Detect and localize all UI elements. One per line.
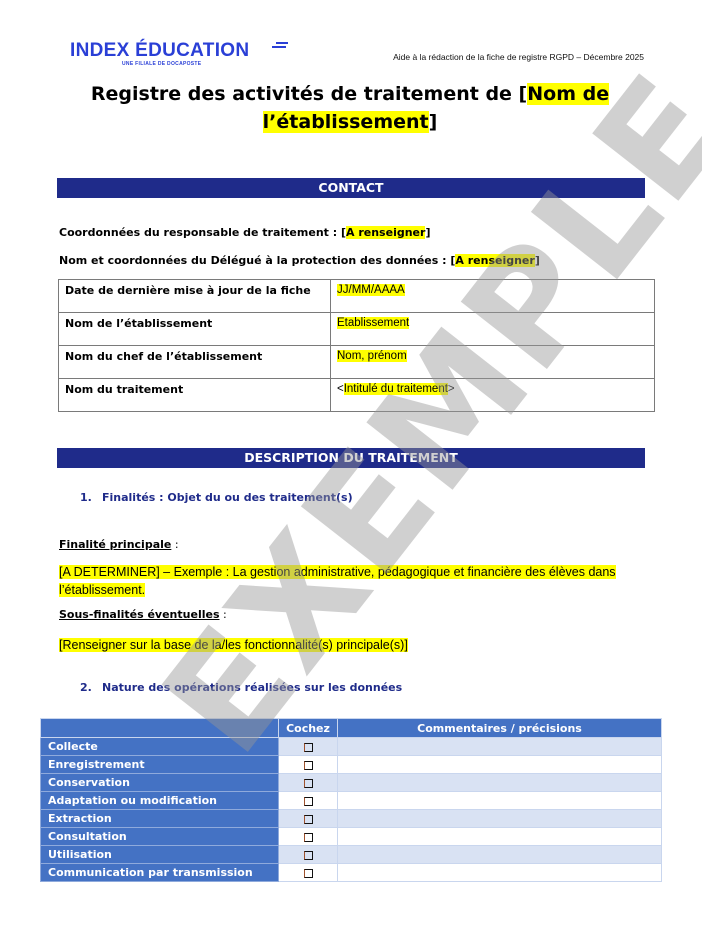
info-row: Nom du traitement<Intitulé du traitement… <box>59 379 655 412</box>
operation-comment[interactable] <box>338 756 662 774</box>
logo-tagline: UNE FILIALE DE DOCAPOSTE <box>122 61 249 67</box>
title-placeholder-1: Nom de <box>527 83 609 105</box>
operation-row: Utilisation <box>41 846 662 864</box>
finalite-principale-label: Finalité principale : <box>59 538 179 551</box>
operation-checkbox-cell[interactable] <box>279 864 338 882</box>
contact-responsable-value: A renseigner <box>346 226 425 239</box>
operation-checkbox-cell[interactable] <box>279 792 338 810</box>
checkbox[interactable] <box>304 815 313 824</box>
subheading-finalites: 1.Finalités : Objet du ou des traitement… <box>80 491 353 504</box>
bracket: ] <box>535 254 540 267</box>
logo-name: INDEX ÉDUCATION <box>70 41 249 61</box>
operation-comment[interactable] <box>338 846 662 864</box>
finalite-text: [A DETERMINER] – Exemple : La gestion ad… <box>59 565 616 597</box>
info-key: Date de dernière mise à jour de la fiche <box>59 280 331 313</box>
contact-responsable-label: Coordonnées du responsable de traitement… <box>59 226 346 239</box>
operation-checkbox-cell[interactable] <box>279 738 338 756</box>
page-title: Registre des activités de traitement de … <box>90 80 610 136</box>
value-placeholder: Nom, prénom <box>337 350 407 362</box>
value-prefix: < <box>337 383 344 395</box>
checkbox[interactable] <box>304 851 313 860</box>
ops-header-cochez: Cochez <box>279 719 338 738</box>
operations-table: Cochez Commentaires / précisions Collect… <box>40 718 662 882</box>
subheading-label: Finalités : Objet du ou des traitement(s… <box>102 491 353 504</box>
operation-row: Conservation <box>41 774 662 792</box>
operation-label: Adaptation ou modification <box>41 792 279 810</box>
operation-comment[interactable] <box>338 738 662 756</box>
logo-lines-icon <box>272 42 288 50</box>
ops-header-comments: Commentaires / précisions <box>338 719 662 738</box>
operation-checkbox-cell[interactable] <box>279 810 338 828</box>
info-row: Date de dernière mise à jour de la fiche… <box>59 280 655 313</box>
info-value[interactable]: Nom, prénom <box>331 346 655 379</box>
operation-row: Communication par transmission <box>41 864 662 882</box>
checkbox[interactable] <box>304 761 313 770</box>
subheading-operations: 2.Nature des opérations réalisées sur le… <box>80 681 402 694</box>
operation-checkbox-cell[interactable] <box>279 846 338 864</box>
info-key: Nom du chef de l’établissement <box>59 346 331 379</box>
sous-text: [Renseigner sur la base de la/les foncti… <box>59 638 408 652</box>
contact-dpo-value: A renseigner <box>455 254 534 267</box>
operation-label: Utilisation <box>41 846 279 864</box>
value-placeholder: JJ/MM/AAAA <box>337 284 405 296</box>
ops-header-operation <box>41 719 279 738</box>
info-key: Nom de l’établissement <box>59 313 331 346</box>
operation-checkbox-cell[interactable] <box>279 756 338 774</box>
value-placeholder: Intitulé du traitement <box>344 383 448 395</box>
info-value[interactable]: <Intitulé du traitement> <box>331 379 655 412</box>
section-contact: CONTACT <box>57 178 645 198</box>
header-note: Aide à la rédaction de la fiche de regis… <box>393 52 644 62</box>
contact-responsable: Coordonnées du responsable de traitement… <box>59 226 430 239</box>
operation-checkbox-cell[interactable] <box>279 774 338 792</box>
operation-label: Collecte <box>41 738 279 756</box>
sous-finalites-label: Sous-finalités éventuelles : <box>59 608 227 621</box>
subheading-number: 2. <box>80 681 102 694</box>
checkbox[interactable] <box>304 869 313 878</box>
info-key: Nom du traitement <box>59 379 331 412</box>
checkbox[interactable] <box>304 797 313 806</box>
info-row: Nom de l’établissementEtablissement <box>59 313 655 346</box>
info-value[interactable]: Etablissement <box>331 313 655 346</box>
operation-label: Conservation <box>41 774 279 792</box>
index-education-logo: INDEX ÉDUCATION UNE FILIALE DE DOCAPOSTE <box>70 41 249 67</box>
contact-dpo-label: Nom et coordonnées du Délégué à la prote… <box>59 254 455 267</box>
checkbox[interactable] <box>304 833 313 842</box>
section-description: DESCRIPTION DU TRAITEMENT <box>57 448 645 468</box>
operation-label: Extraction <box>41 810 279 828</box>
label-text: Finalité principale <box>59 538 171 551</box>
operation-label: Consultation <box>41 828 279 846</box>
bracket: ] <box>425 226 430 239</box>
operation-comment[interactable] <box>338 810 662 828</box>
operation-row: Adaptation ou modification <box>41 792 662 810</box>
operation-label: Communication par transmission <box>41 864 279 882</box>
value-suffix: > <box>448 383 455 395</box>
checkbox[interactable] <box>304 779 313 788</box>
operation-comment[interactable] <box>338 774 662 792</box>
operation-row: Extraction <box>41 810 662 828</box>
operation-row: Consultation <box>41 828 662 846</box>
sous-finalites-text: [Renseigner sur la base de la/les foncti… <box>59 636 649 654</box>
info-row: Nom du chef de l’établissementNom, préno… <box>59 346 655 379</box>
operation-comment[interactable] <box>338 828 662 846</box>
operation-checkbox-cell[interactable] <box>279 828 338 846</box>
title-suffix: ] <box>429 111 438 133</box>
value-placeholder: Etablissement <box>337 317 409 329</box>
colon: : <box>220 608 227 621</box>
info-value[interactable]: JJ/MM/AAAA <box>331 280 655 313</box>
title-placeholder-2: l’établissement <box>263 111 429 133</box>
label-text: Sous-finalités éventuelles <box>59 608 220 621</box>
colon: : <box>171 538 178 551</box>
contact-dpo: Nom et coordonnées du Délégué à la prote… <box>59 254 540 267</box>
subheading-label: Nature des opérations réalisées sur les … <box>102 681 402 694</box>
operation-comment[interactable] <box>338 864 662 882</box>
contact-info-table: Date de dernière mise à jour de la fiche… <box>58 279 655 412</box>
operation-row: Enregistrement <box>41 756 662 774</box>
operation-label: Enregistrement <box>41 756 279 774</box>
checkbox[interactable] <box>304 743 313 752</box>
finalite-principale-text: [A DETERMINER] – Exemple : La gestion ad… <box>59 563 649 599</box>
subheading-number: 1. <box>80 491 102 504</box>
title-prefix: Registre des activités de traitement de … <box>91 83 527 105</box>
operation-row: Collecte <box>41 738 662 756</box>
operation-comment[interactable] <box>338 792 662 810</box>
